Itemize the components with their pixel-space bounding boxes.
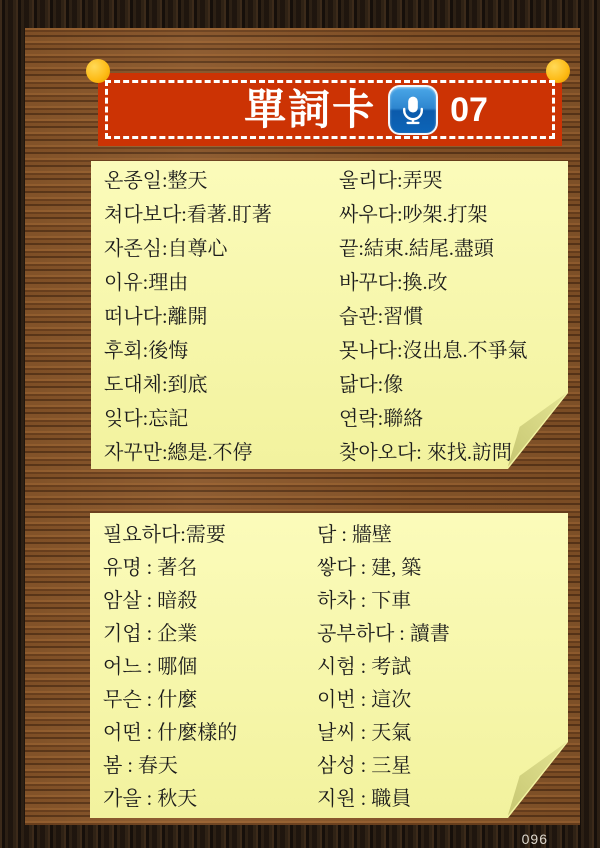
audio-play-button[interactable]	[388, 85, 438, 135]
vocab-entry: 시험 : 考試	[317, 651, 450, 684]
vocab-entry: 이유:理由	[104, 266, 272, 300]
banner-content: 單詞卡 07	[98, 73, 562, 146]
vocab-entry: 자꾸만:總是.不停	[104, 436, 272, 470]
header-banner: 單詞卡 07	[98, 73, 562, 146]
vocab-entry: 자존심:自尊心	[104, 232, 272, 266]
vocab-entry: 후회:後悔	[104, 334, 272, 368]
vocab-entry: 암살 : 暗殺	[103, 585, 237, 618]
vocab-entry: 봄 : 春天	[103, 750, 237, 783]
note1-right-column: 울리다:弄哭 싸우다:吵架.打架 끝:結束.結尾.盡頭 바꾸다:換.改 습관:習…	[339, 161, 528, 470]
vocab-entry: 하차 : 下車	[317, 585, 450, 618]
vocab-entry: 쌓다 : 建, 築	[317, 552, 450, 585]
vocab-note-2: 필요하다:需要 유명 : 著名 암살 : 暗殺 기업 : 企業 어느 : 哪個 …	[90, 513, 568, 818]
vocab-entry: 잊다:忘記	[104, 402, 272, 436]
vocab-entry: 도대체:到底	[104, 368, 272, 402]
vocab-entry: 찾아오다: 來找.訪問	[339, 436, 528, 470]
note1-left-column: 온종일:整天 쳐다보다:看著.盯著 자존심:自尊心 이유:理由 떠나다:離開 후…	[104, 161, 272, 470]
note2-left-column: 필요하다:需要 유명 : 著名 암살 : 暗殺 기업 : 企業 어느 : 哪個 …	[103, 513, 237, 816]
vocab-entry: 담 : 牆壁	[317, 519, 450, 552]
vocab-entry: 공부하다 : 讀書	[317, 618, 450, 651]
vocab-entry: 습관:習慣	[339, 300, 528, 334]
vocab-entry: 날씨 : 天氣	[317, 717, 450, 750]
vocab-entry: 지원 : 職員	[317, 783, 450, 816]
vocab-entry: 싸우다:吵架.打架	[339, 198, 528, 232]
vocab-entry: 삼성 : 三星	[317, 750, 450, 783]
vocab-entry: 유명 : 著名	[103, 552, 237, 585]
vocab-entry: 무슨 : 什麼	[103, 684, 237, 717]
vocab-entry: 어느 : 哪個	[103, 651, 237, 684]
vocab-entry: 바꾸다:換.改	[339, 266, 528, 300]
page-number: 096	[522, 831, 548, 847]
microphone-icon	[396, 93, 430, 127]
vocab-entry: 떠나다:離開	[104, 300, 272, 334]
vocab-entry: 어떤 : 什麼樣的	[103, 717, 237, 750]
page-background: 單詞卡 07 온종일:整天 쳐다보다:看著.盯著	[0, 0, 600, 848]
vocab-entry: 온종일:整天	[104, 164, 272, 198]
vocab-entry: 필요하다:需要	[103, 519, 237, 552]
note2-right-column: 담 : 牆壁 쌓다 : 建, 築 하차 : 下車 공부하다 : 讀書 시험 : …	[317, 513, 450, 816]
page-title: 單詞卡	[244, 89, 376, 131]
vocab-entry: 끝:結束.結尾.盡頭	[339, 232, 528, 266]
vocab-entry: 기업 : 企業	[103, 618, 237, 651]
vocab-note-1: 온종일:整天 쳐다보다:看著.盯著 자존심:自尊心 이유:理由 떠나다:離開 후…	[91, 161, 568, 469]
vocab-entry: 가을 : 秋天	[103, 783, 237, 816]
vocab-entry: 쳐다보다:看著.盯著	[104, 198, 272, 232]
vocab-entry: 닮다:像	[339, 368, 528, 402]
vocab-entry: 못나다:沒出息.不爭氣	[339, 334, 528, 368]
wood-panel: 單詞卡 07 온종일:整天 쳐다보다:看著.盯著	[25, 28, 580, 825]
vocab-entry: 이번 : 這次	[317, 684, 450, 717]
card-number: 07	[450, 93, 488, 127]
vocab-entry: 울리다:弄哭	[339, 164, 528, 198]
folded-corner	[506, 740, 568, 818]
vocab-entry: 연락:聯絡	[339, 402, 528, 436]
